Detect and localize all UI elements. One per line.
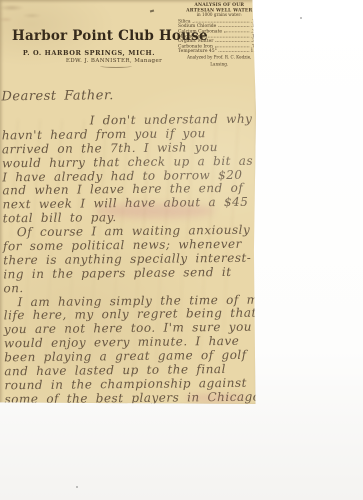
- letterhead-title: Harbor Point Club House: [12, 28, 166, 44]
- dot-leader: [218, 27, 249, 28]
- analysis-value: 1.36: [250, 49, 256, 54]
- analysis-label: Temperature 45°: [178, 49, 217, 54]
- handwritten-letter-body: Dearest Father. I don't understand why I…: [1, 84, 256, 404]
- dot-leader: [206, 36, 249, 37]
- handwriting-line: ing in the papers please send it: [3, 265, 255, 282]
- analysis-subheader: in 1000 grains water:: [178, 13, 256, 18]
- dot-leader: [192, 22, 249, 23]
- dot-leader: [224, 31, 249, 32]
- salutation: Dearest Father.: [1, 84, 253, 116]
- pink-ink-smudge: [185, 394, 247, 402]
- scan-speck: [300, 17, 302, 19]
- pink-ink-smudge: [95, 204, 215, 218]
- analysis-row: Temperature 45°1.36: [178, 49, 256, 54]
- scanned-letter-page: Harbor Point Club House P. O. HARBOR SPR…: [0, 0, 363, 500]
- analysis-footer: Lansing.: [178, 62, 256, 67]
- letterhead-flourish: [100, 64, 132, 68]
- dot-leader: [214, 46, 249, 47]
- corner-scribble-stain: [0, 0, 58, 26]
- stray-ink-mark: [150, 10, 154, 13]
- analysis-footer: Analyzed by Prof. R. C. Kedzie,: [178, 55, 256, 60]
- dot-leader: [215, 41, 249, 42]
- water-analysis-table: ANALYSIS OF OUR ARTESIAN WELL WATER in 1…: [178, 3, 256, 67]
- letter-paper: Harbor Point Club House P. O. HARBOR SPR…: [0, 0, 256, 404]
- letterhead-manager: EDW. J. BANNISTER, Manager: [58, 58, 170, 64]
- letterhead-address: P. O. HARBOR SPRINGS, MICH.: [12, 49, 166, 57]
- dot-leader: [218, 51, 249, 52]
- scan-speck: [76, 486, 78, 488]
